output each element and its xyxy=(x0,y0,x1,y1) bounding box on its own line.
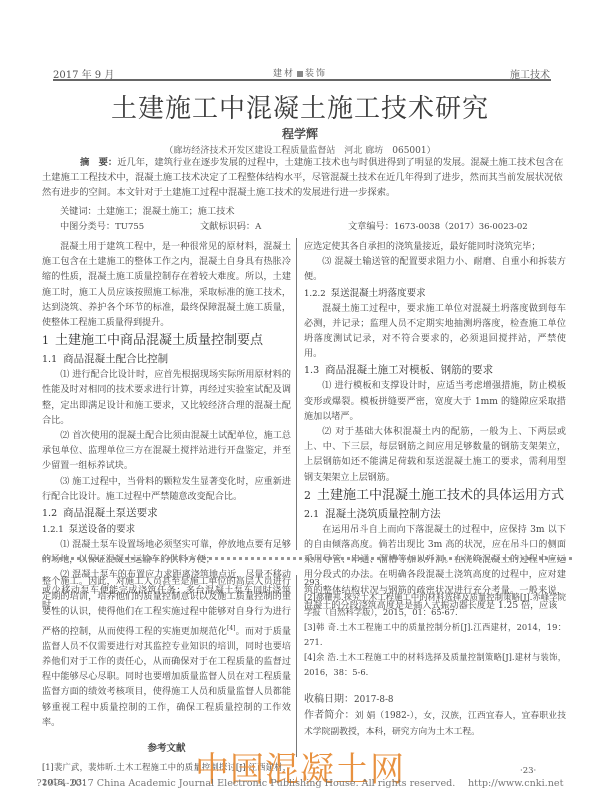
journal-name-right: 装饰 xyxy=(305,69,327,79)
reference-item: [4]余 浩.土木工程施工中的材料选择及质量控制策略[J].建材与装饰，2016… xyxy=(304,650,566,680)
paragraph: ⑵ 对于基础大体积混凝土内的配筋，一般为上、下两层或上、中、下三层，每层钢筋之间… xyxy=(304,425,566,486)
keywords-value: 土建施工；混凝土施工；施工技术 xyxy=(97,206,235,217)
section-1-heading: 1土建施工中商品混凝土质量控制要点 xyxy=(42,332,291,350)
section-separator xyxy=(42,557,572,560)
article-no-value: 1673-0038（2017）36-0023-02 xyxy=(394,222,528,232)
journal-logo-icon xyxy=(297,71,303,77)
section-1-2-heading: 1.2商品混凝土泵送要求 xyxy=(42,505,291,522)
doc-code-label: 文献标识码： xyxy=(200,221,255,232)
section-1-2-2-heading: 1.2.2泵送混凝土坍落度要求 xyxy=(304,286,566,302)
abstract-block: 摘 要：近几年，建筑行业在逐步发展的过程中，土建施工技术也与时俱进得到了明显的发… xyxy=(42,155,570,200)
clc-value: TU755 xyxy=(115,222,144,232)
received-value: 2017-8-8 xyxy=(354,695,394,705)
right-column-bottom: 293. [2]郝耀邦.探究土木工程施工中的材料选择及质量控制策略[J].赤峰学… xyxy=(304,575,566,740)
paragraph: ⑴ 混凝土泵车设置场地必须坚实可靠，停放地点要有足够的场地，以保证混凝土运输车的… xyxy=(42,538,291,568)
paragraph: ⑶ 混凝土输送管的配置要求阻力小、耐磨、自重小和拆装方便。 xyxy=(304,255,566,285)
intro-paragraph: 混凝土用于建筑工程中，是一种很常见的原材料，混凝土施工包含在土建施工的整体工作之… xyxy=(42,240,291,331)
doc-code-row: 文献标识码：A xyxy=(200,218,261,232)
author-bio: 作者简介：刘 娟（1982-），女，汉族，江西宜春人，宜春职业技术学院副教授，本… xyxy=(304,708,566,740)
paragraph: ⑴ 进行模板和支撑设计时，应适当考虑增强措施，防止模板变形或爆裂。模板拼缝要严密… xyxy=(304,379,566,425)
doc-code-value: A xyxy=(255,222,261,232)
abstract-text: 近几年，建筑行业在逐步发展的过程中，土建施工技术也与时俱进得到了明显的发展。混凝… xyxy=(42,157,563,198)
received-label: 收稿日期： xyxy=(304,694,354,705)
section-1-1-heading: 1.1商品混凝土配合比控制 xyxy=(42,351,291,368)
reference-item: [3]韩 奇.土木工程施工中的质量控制分析[J].江西建材，2014，19：27… xyxy=(304,620,566,650)
paragraph: 应选定使其各自承担的浇筑量接近，最好能同时浇筑完毕； xyxy=(304,240,566,255)
article-title: 土建施工中混凝土施工技术研究 xyxy=(0,88,600,125)
reference-item: 293. xyxy=(304,575,566,590)
article-no-row: 文章编号：1673-0038（2017）36-0023-02 xyxy=(348,218,528,232)
section-1-2-1-heading: 1.2.1泵送设备的要求 xyxy=(42,522,291,538)
section-2-1-heading: 2.1混凝土浇筑质量控制方法 xyxy=(304,506,566,523)
abstract-label: 摘 要： xyxy=(80,157,117,168)
reference-item: [2]郝耀邦.探究土木工程施工中的材料选择及质量控制策略[J].赤峰学院学报（自… xyxy=(304,590,566,620)
clc-label: 中图分类号： xyxy=(60,221,115,232)
column-divider-bottom xyxy=(296,575,297,757)
keywords-row: 关键词：土建施工；混凝土施工；施工技术 xyxy=(60,203,235,217)
classification-row: 中图分类号：TU755 xyxy=(60,218,144,232)
section-1-3-heading: 1.3商品混凝土施工对模板、钢筋的要求 xyxy=(304,362,566,379)
paragraph: ⑶ 施工过程中，当骨料的颗粒发生显著变化时，应重新进行配合比设计。施工过程中严禁… xyxy=(42,475,291,505)
bio-label: 作者简介： xyxy=(304,710,355,721)
article-author: 程学辉 xyxy=(0,125,600,142)
copyright-notice: ?1994-2017 China Academic Journal Electr… xyxy=(0,775,600,789)
header-rule xyxy=(53,79,551,81)
paragraph: ⑴ 进行配合比设计时，应首先根据现场实际所用原材料的性能及时对相同的技术要求进行… xyxy=(42,368,291,429)
keywords-label: 关键词： xyxy=(60,206,97,217)
article-no-label: 文章编号： xyxy=(348,221,394,232)
paragraph: 整个施工。因此，对施工人员甚至是施工单位的高层人员进行定期的培训，培养他们的质量… xyxy=(42,575,291,731)
journal-name-left: 建材 xyxy=(273,69,295,79)
paragraph: ⑵ 首次使用的混凝土配合比须由混凝土试配单位，施工总承包单位、监理单位三方在混凝… xyxy=(42,429,291,475)
paragraph: 混凝土施工过程中，要求施工单位对混凝土坍落度做到每车必测，并记录；监理人员不定期… xyxy=(304,302,566,363)
received-date-row: 收稿日期：2017-8-8 xyxy=(304,692,566,708)
column-divider xyxy=(296,238,297,550)
abstract-paragraph: 摘 要：近几年，建筑行业在逐步发展的过程中，土建施工技术也与时俱进得到了明显的发… xyxy=(42,155,570,200)
section-2-heading: 2土建施工中混凝土施工技术的具体运用方式 xyxy=(304,487,566,505)
